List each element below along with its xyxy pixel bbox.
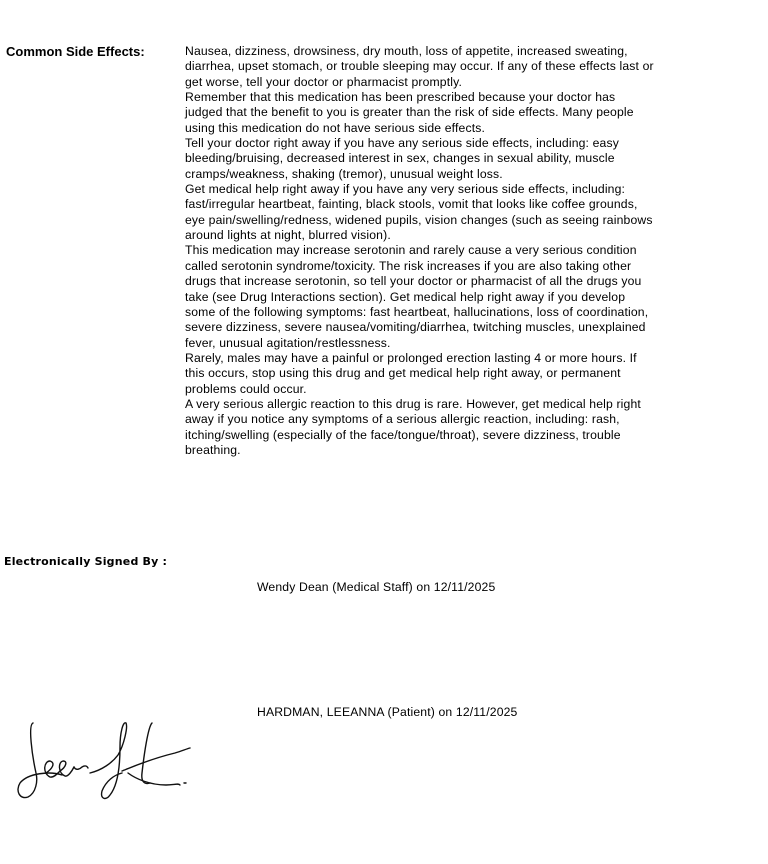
signature-icon <box>10 715 200 810</box>
side-effects-paragraph: Remember that this medication has been p… <box>185 90 655 136</box>
side-effects-paragraph: Tell your doctor right away if you have … <box>185 136 655 182</box>
electronically-signed-label: Electronically Signed By : <box>4 555 167 568</box>
side-effects-paragraph: Nausea, dizziness, drowsiness, dry mouth… <box>185 44 655 90</box>
side-effects-text: Nausea, dizziness, drowsiness, dry mouth… <box>185 44 655 458</box>
side-effects-paragraph: This medication may increase serotonin a… <box>185 243 655 350</box>
side-effects-paragraph: A very serious allergic reaction to this… <box>185 397 655 458</box>
patient-signer: HARDMAN, LEEANNA (Patient) on 12/11/2025 <box>257 705 517 719</box>
staff-signer: Wendy Dean (Medical Staff) on 12/11/2025 <box>257 580 495 594</box>
side-effects-paragraph: Rarely, males may have a painful or prol… <box>185 351 655 397</box>
side-effects-paragraph: Get medical help right away if you have … <box>185 182 655 243</box>
section-label-common-side-effects: Common Side Effects: <box>6 44 145 59</box>
